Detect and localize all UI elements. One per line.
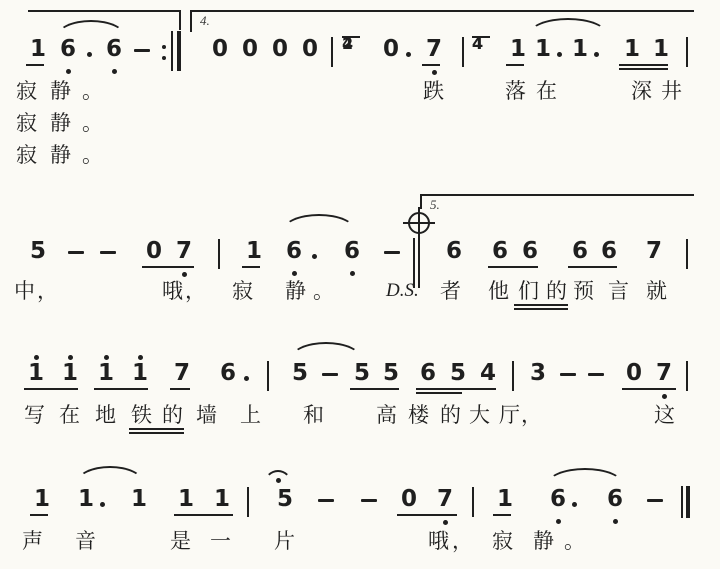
- jianpu-note: 5: [383, 362, 399, 385]
- jianpu-note: 1: [535, 38, 551, 61]
- lyric-syllable: 。: [313, 280, 334, 302]
- octave-dot: [138, 355, 143, 360]
- duration-dash: [361, 499, 377, 502]
- jianpu-note: 1: [78, 488, 94, 511]
- jianpu-note: 3: [530, 362, 546, 385]
- jianpu-note: 0: [401, 488, 417, 511]
- lyric-syllable: 们: [518, 280, 539, 302]
- jianpu-note: 4: [480, 362, 496, 385]
- volta-bracket-tick: [179, 12, 181, 30]
- beam-underline: [24, 388, 78, 390]
- lyric-underline: [129, 432, 184, 434]
- lyric-syllable: 哦: [428, 530, 449, 552]
- duration-dash: [134, 49, 150, 52]
- repeat-barline-thick: [177, 31, 181, 71]
- lyric-syllable: 寂: [16, 80, 37, 102]
- lyric-syllable: 是: [170, 530, 191, 552]
- jianpu-note: 1: [624, 38, 640, 61]
- jianpu-note: 0: [212, 38, 228, 61]
- lyric-syllable: 。: [82, 112, 103, 134]
- duration-dash: [68, 251, 84, 254]
- lyric-syllable: 片: [274, 530, 295, 552]
- beam-underline: [94, 388, 148, 390]
- lyric-syllable: ，: [452, 530, 473, 552]
- jianpu-note: 1: [62, 362, 78, 385]
- repeat-barline-thin: [171, 31, 173, 71]
- barline: [462, 37, 464, 67]
- volta-bracket-tick: [420, 196, 422, 209]
- jianpu-note: 6: [446, 240, 462, 263]
- barline: [218, 239, 220, 269]
- lyric-syllable: ，: [521, 404, 542, 426]
- repeat-dot: [162, 45, 166, 49]
- jianpu-note: 0: [383, 38, 399, 61]
- beam-underline: [422, 64, 440, 66]
- jianpu-note: 5: [277, 488, 293, 511]
- beam-underline: [568, 266, 617, 268]
- coda-icon-hline: [403, 222, 435, 224]
- lyric-syllable: 墙: [196, 404, 217, 426]
- beam-underline: [26, 64, 44, 66]
- repeat-dot: [162, 56, 166, 60]
- lyric-syllable: 言: [608, 280, 629, 302]
- lyric-syllable: 者: [440, 280, 461, 302]
- lyric-syllable: 和: [303, 404, 324, 426]
- octave-dot: [112, 69, 117, 74]
- jianpu-note: 0: [242, 38, 258, 61]
- final-barline-thick: [686, 486, 690, 518]
- lyric-syllable: 。: [82, 80, 103, 102]
- lyric-syllable: 井: [661, 80, 682, 102]
- lyric-syllable: 。: [564, 530, 585, 552]
- volta-number-label: 4.: [200, 14, 210, 27]
- lyric-syllable: 他: [488, 280, 509, 302]
- octave-dot: [556, 519, 561, 524]
- jianpu-note: 0: [302, 38, 318, 61]
- beam-underline: [142, 266, 194, 268]
- jianpu-note: 5: [354, 362, 370, 385]
- octave-dot: [613, 519, 618, 524]
- barline: [686, 37, 688, 67]
- duration-dash: [318, 499, 334, 502]
- jianpu-note: 1: [132, 362, 148, 385]
- beam-underline: [488, 266, 538, 268]
- augmentation-dot: [406, 52, 411, 57]
- lyric-syllable: 落: [505, 80, 526, 102]
- lyric-syllable: 静: [50, 144, 71, 166]
- jianpu-note: 1: [214, 488, 230, 511]
- augmentation-dot: [557, 52, 562, 57]
- augmentation-dot: [100, 502, 105, 507]
- jianpu-note: 6: [572, 240, 588, 263]
- jianpu-note: 7: [437, 488, 453, 511]
- lyric-syllable: 静: [50, 112, 71, 134]
- jianpu-note: 1: [98, 362, 114, 385]
- jianpu-note: 6: [601, 240, 617, 263]
- lyric-syllable: 哦: [162, 280, 183, 302]
- jianpu-note: 5: [292, 362, 308, 385]
- duration-dash: [100, 251, 116, 254]
- duration-dash: [560, 373, 576, 376]
- lyric-syllable: 静: [533, 530, 554, 552]
- jianpu-note: 0: [272, 38, 288, 61]
- jianpu-note: 1: [131, 488, 147, 511]
- beam-underline: [397, 514, 457, 516]
- lyric-syllable: 。: [82, 144, 103, 166]
- lyric-syllable: 的: [546, 280, 567, 302]
- barline: [512, 361, 514, 391]
- octave-dot: [443, 520, 448, 525]
- octave-dot: [432, 70, 437, 75]
- lyric-syllable: 音: [75, 530, 96, 552]
- jianpu-note: 5: [450, 362, 466, 385]
- beam-underline: [350, 388, 399, 390]
- beam-underline: [493, 514, 511, 516]
- augmentation-dot: [87, 52, 92, 57]
- lyric-syllable: 就: [646, 280, 667, 302]
- jianpu-note: 1: [572, 38, 588, 61]
- beam-underline: [174, 514, 233, 516]
- barline: [331, 37, 333, 67]
- augmentation-dot: [572, 502, 577, 507]
- jianpu-note: 5: [30, 240, 46, 263]
- lyric-underline: [129, 428, 184, 430]
- time-signature-part: 4: [472, 35, 483, 52]
- octave-dot: [662, 394, 667, 399]
- lyric-syllable: 在: [59, 404, 80, 426]
- jianpu-note: 6: [220, 362, 236, 385]
- octave-dot: [292, 271, 297, 276]
- volta-bracket: [190, 10, 694, 30]
- volta-bracket-tick: [190, 12, 192, 32]
- jianpu-note: 6: [106, 38, 122, 61]
- jianpu-note: 6: [607, 488, 623, 511]
- lyric-syllable: 预: [573, 280, 594, 302]
- slur-arc: [76, 466, 144, 483]
- beam-underline: [30, 514, 48, 516]
- lyric-syllable: 大: [469, 404, 490, 426]
- lyric-underline: [514, 304, 568, 306]
- beam-underline: [170, 388, 190, 390]
- slur-arc: [282, 214, 356, 231]
- octave-dot: [104, 355, 109, 360]
- jianpu-note: 7: [656, 362, 672, 385]
- duration-dash: [647, 499, 663, 502]
- lyric-syllable: 的: [440, 404, 461, 426]
- augmentation-dot: [594, 52, 599, 57]
- jianpu-note: 1: [178, 488, 194, 511]
- lyric-syllable: ，: [37, 280, 58, 302]
- lyric-syllable: 这: [654, 404, 675, 426]
- lyric-syllable: 写: [24, 404, 45, 426]
- beam-underline: [242, 266, 260, 268]
- jianpu-note: 7: [646, 240, 662, 263]
- jianpu-note: 6: [286, 240, 302, 263]
- beam-underline: [619, 68, 668, 70]
- lyric-syllable: 寂: [492, 530, 513, 552]
- augmentation-dot: [244, 376, 249, 381]
- sheet-music-page: 4.5.166000024074411111寂静。寂静。寂静。跌落在深井5071…: [0, 0, 720, 569]
- lyric-underline: [514, 308, 568, 310]
- lyric-syllable: 楼: [408, 404, 429, 426]
- jianpu-note: 7: [174, 362, 190, 385]
- duration-dash: [588, 373, 604, 376]
- jianpu-note: 1: [34, 488, 50, 511]
- fermata-icon-dot: [276, 478, 281, 483]
- octave-dot: [34, 355, 39, 360]
- lyric-syllable: 铁: [131, 404, 152, 426]
- volta-number-label: 5.: [430, 198, 440, 211]
- barline: [472, 487, 474, 517]
- lyric-syllable: 一: [210, 530, 231, 552]
- jianpu-note: 1: [497, 488, 513, 511]
- lyric-syllable: 上: [240, 404, 261, 426]
- lyric-syllable: 在: [536, 80, 557, 102]
- lyric-syllable: 静: [285, 280, 306, 302]
- jianpu-note: 7: [426, 38, 442, 61]
- time-signature-part: 4: [342, 35, 353, 52]
- jianpu-note: 1: [653, 38, 669, 61]
- lyric-syllable: 厅: [499, 404, 520, 426]
- duration-dash: [322, 373, 338, 376]
- jianpu-note: 0: [146, 240, 162, 263]
- beam-underline: [416, 392, 462, 394]
- lyric-syllable: 寂: [16, 144, 37, 166]
- barline: [267, 361, 269, 391]
- barline: [686, 239, 688, 269]
- lyric-syllable: 的: [162, 404, 183, 426]
- jianpu-note: 6: [60, 38, 76, 61]
- beam-underline: [506, 64, 524, 66]
- jianpu-note: 6: [420, 362, 436, 385]
- barline: [686, 361, 688, 391]
- lyric-syllable: 跌: [423, 80, 444, 102]
- jianpu-note: 1: [246, 240, 262, 263]
- augmentation-dot: [312, 254, 317, 259]
- jianpu-note: 6: [344, 240, 360, 263]
- volta-bracket: [420, 194, 694, 207]
- lyric-syllable: 静: [50, 80, 71, 102]
- jianpu-note: 0: [626, 362, 642, 385]
- jianpu-note: 1: [28, 362, 44, 385]
- lyric-syllable: 寂: [16, 112, 37, 134]
- lyric-syllable: 寂: [232, 280, 253, 302]
- slur-arc: [290, 342, 362, 359]
- lyric-syllable: ，: [185, 280, 206, 302]
- jianpu-note: 1: [30, 38, 46, 61]
- final-barline-thin: [681, 486, 683, 518]
- lyric-syllable: 声: [22, 530, 43, 552]
- jianpu-note: 6: [492, 240, 508, 263]
- octave-dot: [66, 69, 71, 74]
- slur-arc: [546, 468, 624, 485]
- lyric-syllable: 中: [14, 280, 35, 302]
- octave-dot: [68, 355, 73, 360]
- beam-underline: [619, 64, 668, 66]
- lyric-syllable: 高: [376, 404, 397, 426]
- jianpu-note: 6: [522, 240, 538, 263]
- octave-dot: [350, 271, 355, 276]
- jianpu-note: 1: [510, 38, 526, 61]
- jianpu-note: 6: [550, 488, 566, 511]
- jianpu-note: 7: [176, 240, 192, 263]
- lyric-syllable: 深: [631, 80, 652, 102]
- lyric-syllable: D.S.: [386, 280, 419, 302]
- lyric-syllable: 地: [95, 404, 116, 426]
- barline: [247, 487, 249, 517]
- beam-underline: [416, 388, 496, 390]
- octave-dot: [182, 272, 187, 277]
- duration-dash: [384, 251, 400, 254]
- beam-underline: [622, 388, 676, 390]
